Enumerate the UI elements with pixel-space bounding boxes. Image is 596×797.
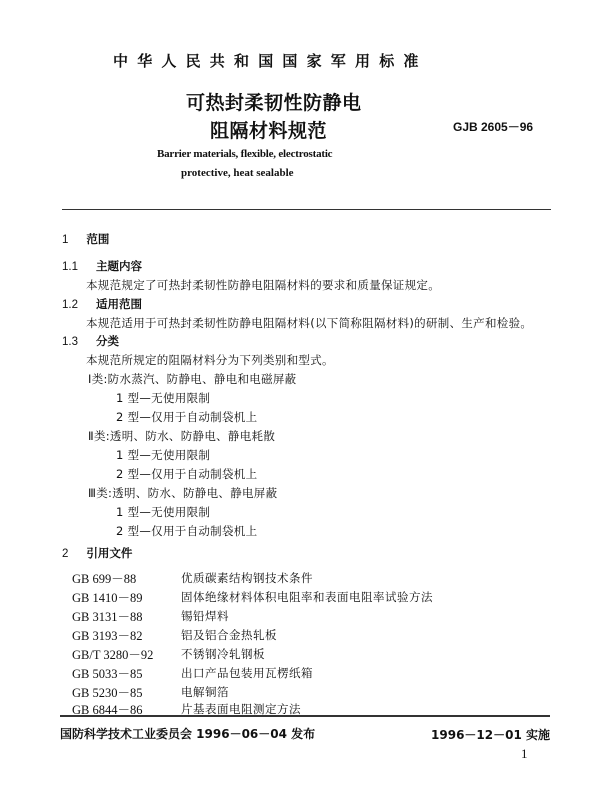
class-2-label: Ⅱ类:透明、防水、防静电、静电耗散 <box>88 428 275 444</box>
effective-date: 1996－12－01 实施 <box>431 726 550 743</box>
reference-code: GB 3193－82 <box>72 626 143 644</box>
reference-title: 出口产品包装用瓦楞纸箱 <box>181 665 313 681</box>
reference-title: 固体绝缘材料体积电阻率和表面电阻率试验方法 <box>181 589 433 605</box>
section-1-3-heading: 1.3 分类 <box>62 333 119 349</box>
reference-title: 不锈钢冷轧钢板 <box>181 646 265 662</box>
class-1-type-1: 1 型—无使用限制 <box>116 390 210 406</box>
section-1-2-text: 本规范适用于可热封柔韧性防静电阻隔材料(以下简称阻隔材料)的研制、生产和检验。 <box>86 315 532 331</box>
class-3-label: Ⅲ类:透明、防水、防静电、静电屏蔽 <box>88 485 277 501</box>
reference-code: GB 1410－89 <box>72 588 143 606</box>
document-title-line2: 阻隔材料规范 <box>210 116 327 143</box>
footer-divider <box>60 715 550 717</box>
standard-header: 中华人民共和国国家军用标准 <box>113 50 428 71</box>
header-divider <box>62 209 551 210</box>
class-1-type-2: 2 型—仅用于自动制袋机上 <box>116 409 257 425</box>
class-3-type-2: 2 型—仅用于自动制袋机上 <box>116 523 257 539</box>
standard-code: GJB 2605－96 <box>453 118 533 135</box>
section-1-1-text: 本规范规定了可热封柔韧性防静电阻隔材料的要求和质量保证规定。 <box>86 277 440 293</box>
section-1-heading: 1 范围 <box>62 231 109 247</box>
reference-code: GB 5033－85 <box>72 664 143 682</box>
class-2-type-2: 2 型—仅用于自动制袋机上 <box>116 466 257 482</box>
class-2-type-1: 1 型—无使用限制 <box>116 447 210 463</box>
reference-code: GB 3131－88 <box>72 607 143 625</box>
reference-code: GB 699－88 <box>72 569 136 587</box>
page-number: 1 <box>521 746 528 762</box>
reference-code: GB 5230－85 <box>72 683 143 701</box>
issue-info: 国防科学技术工业委员会 1996－06－04 发布 <box>60 725 315 742</box>
section-1-3-intro: 本规范所规定的阻隔材料分为下列类别和型式。 <box>86 352 334 368</box>
class-3-type-1: 1 型—无使用限制 <box>116 504 210 520</box>
reference-title: 优质碳素结构钢技术条件 <box>181 570 313 586</box>
section-1-2-heading: 1.2 适用范围 <box>62 296 142 312</box>
reference-code: GB/T 3280－92 <box>72 645 153 663</box>
reference-title: 锡铅焊料 <box>181 608 229 624</box>
reference-title: 铝及铝合金热轧板 <box>181 627 277 643</box>
reference-title: 电解铜箔 <box>181 684 229 700</box>
section-1-1-heading: 1.1 主题内容 <box>62 258 142 274</box>
english-title-line1: Barrier materials, flexible, electrostat… <box>157 148 332 160</box>
document-title-line1: 可热封柔韧性防静电 <box>186 88 362 115</box>
english-title-line2: protective, heat sealable <box>181 167 294 179</box>
section-2-heading: 2 引用文件 <box>62 545 132 561</box>
class-1-label: Ⅰ类:防水蒸汽、防静电、静电和电磁屏蔽 <box>88 371 296 387</box>
